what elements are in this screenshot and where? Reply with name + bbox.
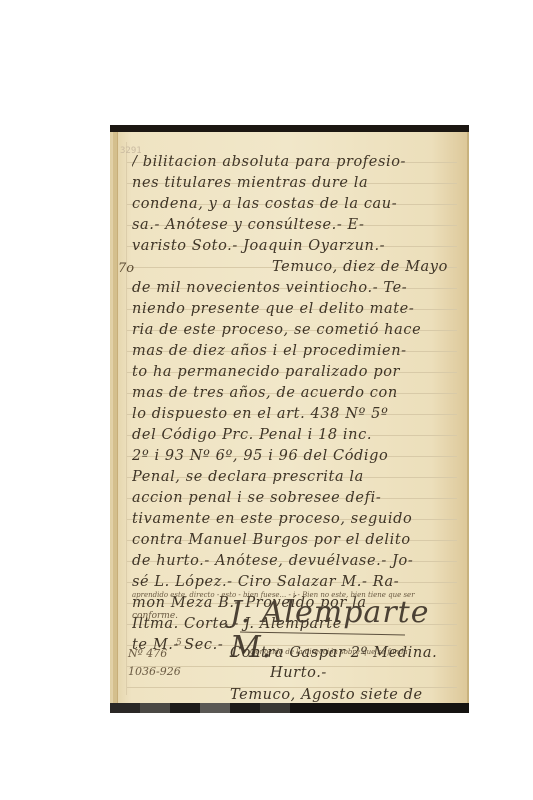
text-line: 2º i 93 Nº 6º, 95 i 96 del Código xyxy=(132,448,453,464)
text-line: de mil novecientos veintiocho.- Te- xyxy=(132,280,453,296)
ledger-page: 3291 / bilitacion absoluta para profesio… xyxy=(110,132,469,705)
text-line: Iltma. Corte.- J. Alemparte xyxy=(132,616,453,632)
text-line: accion penal i se sobresee defi- xyxy=(132,490,453,506)
document-scan-frame: 3291 / bilitacion absoluta para profesio… xyxy=(110,125,469,713)
text-line: de hurto.- Anótese, devuélvase.- Jo- xyxy=(132,553,453,569)
text-line: mon Meza B.- Proveído por la xyxy=(132,595,453,611)
text-line: / bilitacion absoluta para profesio- xyxy=(132,154,453,170)
text-line: mas de diez años i el procedimien- xyxy=(132,343,453,359)
text-line: Penal, se declara prescrita la xyxy=(132,469,453,485)
annotation-line: Conocido de la dirección sobre que se fu… xyxy=(250,648,453,656)
text-line: niendo presente que el delito mate- xyxy=(132,301,453,317)
text-line: contra Manuel Burgos por el delito xyxy=(132,532,453,548)
text-line: sé L. López.- Ciro Salazar M.- Ra- xyxy=(132,574,453,590)
text-line: mas de tres años, de acuerdo con xyxy=(132,385,453,401)
text-line: sa.- Anótese y consúltese.- E- xyxy=(132,217,453,233)
text-line: tivamente en este proceso, seguido xyxy=(132,511,453,527)
text-line: lo dispuesto en el art. 438 Nº 5º xyxy=(132,406,453,422)
text-line: Temuco, diez de Mayo xyxy=(132,259,453,275)
text-line: ria de este proceso, se cometió hace xyxy=(132,322,453,338)
text-line: condena, y a las costas de la cau- xyxy=(132,196,453,212)
text-line: nes titulares mientras dure la xyxy=(132,175,453,191)
color-calibration-strip xyxy=(110,703,469,713)
text-line: varisto Soto.- Joaquin Oyarzun.- xyxy=(132,238,453,254)
text-line: to ha permanecido paralizado por xyxy=(132,364,453,380)
text-line: del Código Prc. Penal i 18 inc. xyxy=(132,427,453,443)
